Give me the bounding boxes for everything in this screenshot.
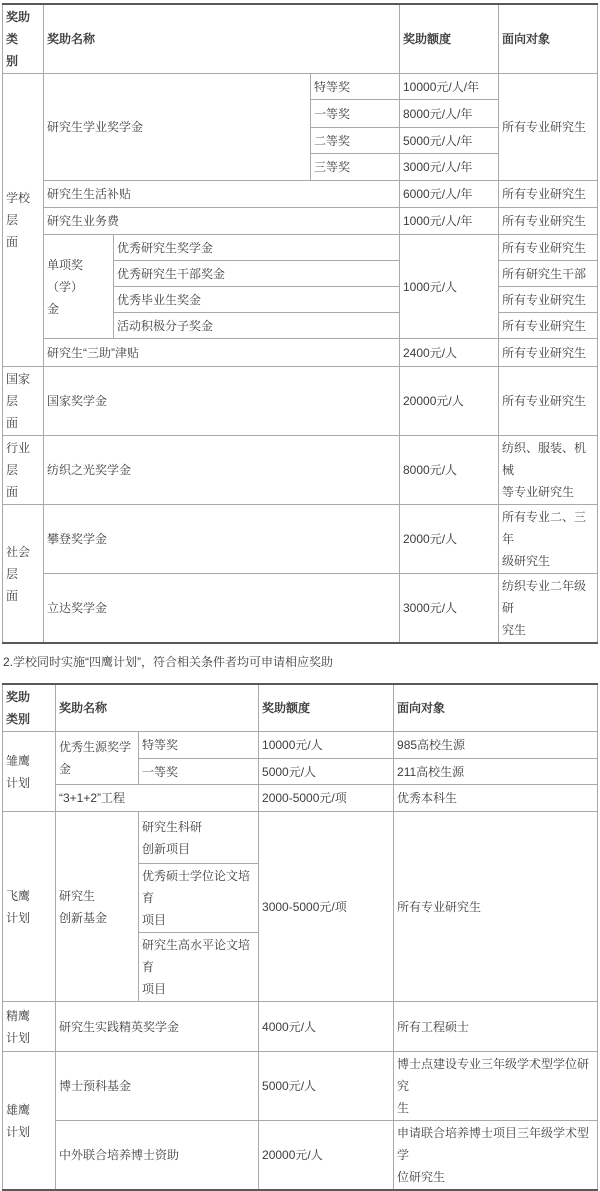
t1-single-award-item-3-target: 所有专业研究生 xyxy=(499,313,598,339)
page: 奖助类 别 奖助名称 奖助额度 面向对象 学校层 面 研究生学业奖学金 特等奖 … xyxy=(0,0,600,1044)
t1-academic-scholarship-name: 研究生学业奖学金 xyxy=(44,74,311,181)
table-row: 国家层 面 国家奖学金 20000元/人 所有专业研究生 xyxy=(3,367,598,436)
t1-single-award-item-1-name: 优秀研究生干部奖金 xyxy=(114,261,400,287)
table-row: 立达奖学金 3000元/人 纺织专业二年级研 究生 xyxy=(3,574,598,644)
t2-project312-name: “3+1+2”工程 xyxy=(56,785,259,812)
t2-phd-prep-fund-amount: 5000元/人 xyxy=(259,1052,394,1121)
section-2-intro: 2.学校同时实施“四鹰计划”，符合相关条件者均可申请相应奖助 xyxy=(2,644,600,683)
t2-innovation-project-2: 研究生高水平论文培育 项目 xyxy=(139,933,259,1002)
t1-header-amount: 奖助额度 xyxy=(400,4,499,74)
table-row: 学校层 面 研究生学业奖学金 特等奖 10000元/人/年 所有专业研究生 xyxy=(3,74,598,100)
t1-national-scholarship-amount: 20000元/人 xyxy=(400,367,499,436)
t2-phd-prep-fund-target: 博士点建设专业三年级学术型学位研究 生 xyxy=(394,1052,598,1121)
t2-source-tier-1-target: 211高校生源 xyxy=(394,759,598,785)
t1-category-industry: 行业层 面 xyxy=(3,436,44,505)
t1-living-subsidy-name: 研究生生活补贴 xyxy=(44,181,400,208)
t2-innovation-fund-amount: 3000-5000元/项 xyxy=(259,812,394,1002)
t2-source-tier-0-target: 985高校生源 xyxy=(394,732,598,759)
t1-assistant-allowance-target: 所有专业研究生 xyxy=(499,339,598,367)
t1-tier-third-level: 三等奖 xyxy=(311,154,400,181)
table-row: “3+1+2”工程 2000-5000元/项 优秀本科生 xyxy=(3,785,598,812)
t1-tier-first-amount: 8000元/人/年 xyxy=(400,100,499,128)
t1-tier-third-amount: 3000元/人/年 xyxy=(400,154,499,181)
t2-practice-elite-name: 研究生实践精英奖学金 xyxy=(56,1002,259,1052)
t2-category-jingying: 精鹰 计划 xyxy=(3,1002,56,1052)
table-row: 飞鹰 计划 研究生 创新基金 研究生科研 创新项目 3000-5000元/项 所… xyxy=(3,812,598,864)
t1-tier-second-amount: 5000元/人/年 xyxy=(400,128,499,154)
t1-category-social: 社会层 面 xyxy=(3,505,44,644)
t1-living-subsidy-target: 所有专业研究生 xyxy=(499,181,598,208)
t1-single-award-item-0-target: 所有专业研究生 xyxy=(499,235,598,261)
t1-social-row-1-name: 立达奖学金 xyxy=(44,574,400,644)
t2-header-target: 面向对象 xyxy=(394,684,598,732)
t1-category-school: 学校层 面 xyxy=(3,74,44,367)
t2-innovation-project-0: 研究生科研 创新项目 xyxy=(139,812,259,864)
t2-innovation-project-1: 优秀硕士学位论文培育 项目 xyxy=(139,864,259,933)
table-row: 研究生“三助”津贴 2400元/人 所有专业研究生 xyxy=(3,339,598,367)
t1-industry-scholarship-target: 纺织、服装、机械 等专业研究生 xyxy=(499,436,598,505)
scholarship-table-four-eagle-plans: 奖助 类别 奖助名称 奖助额度 面向对象 雏鹰 计划 优秀生源奖学金 特等奖 1… xyxy=(2,683,598,1191)
table-row: 社会层 面 攀登奖学金 2000元/人 所有专业二、三年 级研究生 xyxy=(3,505,598,574)
t1-tier-second-level: 二等奖 xyxy=(311,128,400,154)
t1-assistant-allowance-name: 研究生“三助”津贴 xyxy=(44,339,400,367)
t1-single-award-item-1-target: 所有研究生干部 xyxy=(499,261,598,287)
t2-source-tier-0-level: 特等奖 xyxy=(139,732,259,759)
t2-category-feiying: 飞鹰 计划 xyxy=(3,812,56,1002)
t2-category-chuying: 雏鹰 计划 xyxy=(3,732,56,812)
t2-innovation-fund-name: 研究生 创新基金 xyxy=(56,812,139,1002)
t1-tier-special-amount: 10000元/人/年 xyxy=(400,74,499,100)
t1-social-row-1-amount: 3000元/人 xyxy=(400,574,499,644)
t1-single-award-item-3-name: 活动积极分子奖金 xyxy=(114,313,400,339)
t1-single-award-item-2-name: 优秀毕业生奖金 xyxy=(114,287,400,313)
table-row: 雏鹰 计划 优秀生源奖学金 特等奖 10000元/人 985高校生源 xyxy=(3,732,598,759)
t2-source-tier-1-level: 一等奖 xyxy=(139,759,259,785)
t2-source-scholarship-name: 优秀生源奖学金 xyxy=(56,732,139,785)
t1-academic-scholarship-target: 所有专业研究生 xyxy=(499,74,598,181)
t1-category-national: 国家层 面 xyxy=(3,367,44,436)
t1-business-fee-amount: 1000元/人/年 xyxy=(400,208,499,235)
t1-single-award-item-2-target: 所有专业研究生 xyxy=(499,287,598,313)
t2-project312-target: 优秀本科生 xyxy=(394,785,598,812)
table-row: 奖助 类别 奖助名称 奖助额度 面向对象 xyxy=(3,684,598,732)
t2-source-tier-0-amount: 10000元/人 xyxy=(259,732,394,759)
t2-project312-amount: 2000-5000元/项 xyxy=(259,785,394,812)
table-row: 研究生生活补贴 6000元/人/年 所有专业研究生 xyxy=(3,181,598,208)
t1-living-subsidy-amount: 6000元/人/年 xyxy=(400,181,499,208)
t2-joint-phd-amount: 20000元/人 xyxy=(259,1121,394,1191)
t1-social-row-0-amount: 2000元/人 xyxy=(400,505,499,574)
t1-national-scholarship-name: 国家奖学金 xyxy=(44,367,400,436)
t1-single-award-item-0-name: 优秀研究生奖学金 xyxy=(114,235,400,261)
t2-joint-phd-target: 申请联合培养博士项目三年级学术型学 位研究生 xyxy=(394,1121,598,1191)
t1-assistant-allowance-amount: 2400元/人 xyxy=(400,339,499,367)
table-row: 雄鹰 计划 博士预科基金 5000元/人 博士点建设专业三年级学术型学位研究 生 xyxy=(3,1052,598,1121)
t1-tier-special-level: 特等奖 xyxy=(311,74,400,100)
t1-industry-scholarship-name: 纺织之光奖学金 xyxy=(44,436,400,505)
t2-category-xiongying: 雄鹰 计划 xyxy=(3,1052,56,1191)
t1-social-row-0-target: 所有专业二、三年 级研究生 xyxy=(499,505,598,574)
t1-business-fee-name: 研究生业务费 xyxy=(44,208,400,235)
t1-business-fee-target: 所有专业研究生 xyxy=(499,208,598,235)
table-row: 研究生业务费 1000元/人/年 所有专业研究生 xyxy=(3,208,598,235)
t2-innovation-fund-target: 所有专业研究生 xyxy=(394,812,598,1002)
t1-single-award-amount: 1000元/人 xyxy=(400,235,499,339)
t2-header-category: 奖助 类别 xyxy=(3,684,56,732)
t1-national-scholarship-target: 所有专业研究生 xyxy=(499,367,598,436)
table-row: 单项奖（学） 金 优秀研究生奖学金 1000元/人 所有专业研究生 xyxy=(3,235,598,261)
table-row: 中外联合培养博士资助 20000元/人 申请联合培养博士项目三年级学术型学 位研… xyxy=(3,1121,598,1191)
table-row: 行业层 面 纺织之光奖学金 8000元/人 纺织、服装、机械 等专业研究生 xyxy=(3,436,598,505)
t2-header-amount: 奖助额度 xyxy=(259,684,394,732)
t1-single-award-name: 单项奖（学） 金 xyxy=(44,235,114,339)
table-row: 奖助类 别 奖助名称 奖助额度 面向对象 xyxy=(3,4,598,74)
t1-header-category: 奖助类 别 xyxy=(3,4,44,74)
t2-source-tier-1-amount: 5000元/人 xyxy=(259,759,394,785)
t1-header-target: 面向对象 xyxy=(499,4,598,74)
scholarship-table-school-levels: 奖助类 别 奖助名称 奖助额度 面向对象 学校层 面 研究生学业奖学金 特等奖 … xyxy=(2,3,598,644)
t2-phd-prep-fund-name: 博士预科基金 xyxy=(56,1052,259,1121)
t2-practice-elite-amount: 4000元/人 xyxy=(259,1002,394,1052)
t2-joint-phd-name: 中外联合培养博士资助 xyxy=(56,1121,259,1191)
t1-industry-scholarship-amount: 8000元/人 xyxy=(400,436,499,505)
t2-practice-elite-target: 所有工程硕士 xyxy=(394,1002,598,1052)
t1-header-name: 奖助名称 xyxy=(44,4,400,74)
t1-social-row-1-target: 纺织专业二年级研 究生 xyxy=(499,574,598,644)
t2-header-name: 奖助名称 xyxy=(56,684,259,732)
table-row: 精鹰 计划 研究生实践精英奖学金 4000元/人 所有工程硕士 xyxy=(3,1002,598,1052)
t1-tier-first-level: 一等奖 xyxy=(311,100,400,128)
t1-social-row-0-name: 攀登奖学金 xyxy=(44,505,400,574)
